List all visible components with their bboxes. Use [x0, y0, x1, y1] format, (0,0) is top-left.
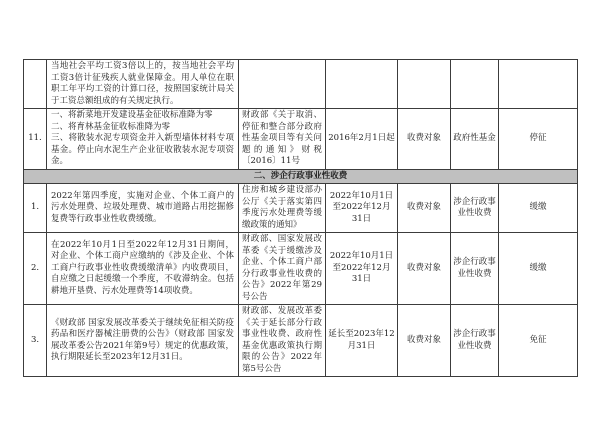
policy-description-cell: 2022年第四季度，实施对企业、个体工商户的污水处理费、垃圾处理费、城市道路占用…: [47, 184, 239, 233]
fee-target-cell: 收费对象: [398, 305, 451, 377]
document-basis-cell: 财政部、国家发展改革委《关于缓缴涉及企业、个体工商户部分行政事业性收费的公告》2…: [239, 233, 326, 305]
effective-date-cell: 2022年10月1日至2022年12月31日: [326, 184, 398, 233]
effective-date-cell: 延长至2023年12月31日: [326, 305, 398, 377]
fee-target-cell: 收费对象: [398, 184, 451, 233]
table-row-11: 11. 一、将新菜地开发建设基金征收标准降为零 二、将育林基金征收标准降为零 三…: [24, 109, 578, 170]
policy-description-cell: 在2022年10月1日至2022年12月31日期间，对企业、个体工商户应缴纳的《…: [47, 233, 239, 305]
policy-description-cell: 一、将新菜地开发建设基金征收标准降为零 二、将育林基金征收标准降为零 三、将散装…: [47, 109, 239, 170]
table-row-3: 3. 《财政部 国家发展改革委关于继续免征相关防疫药品和医疗器械注册费的公告》（…: [24, 305, 578, 377]
fee-target-cell: 收费对象: [398, 109, 451, 170]
row-number-cell: 3.: [24, 305, 47, 377]
action-cell: [499, 60, 578, 109]
table-row-1: 1. 2022年第四季度，实施对企业、个体工商户的污水处理费、垃圾处理费、城市道…: [24, 184, 578, 233]
fee-target-cell: 收费对象: [398, 233, 451, 305]
row-number-cell: 11.: [24, 109, 47, 170]
fee-policy-table: 当地社会平均工资3倍以上的，按当地社会平均工资3倍计征残疾人就业保障金。用人单位…: [23, 59, 578, 377]
action-cell: 免征: [499, 305, 578, 377]
action-cell: 缓缴: [499, 184, 578, 233]
section-header-row: 二、涉企行政事业性收费: [24, 169, 578, 184]
table-row-continuation: 当地社会平均工资3倍以上的，按当地社会平均工资3倍计征残疾人就业保障金。用人单位…: [24, 60, 578, 109]
row-number-cell: 1.: [24, 184, 47, 233]
document-basis-cell: 财政部《关于取消、停征和整合部分政府性基金项目等有关问题的通知》财税〔2016〕…: [239, 109, 326, 170]
document-page: 当地社会平均工资3倍以上的，按当地社会平均工资3倍计征残疾人就业保障金。用人单位…: [0, 0, 600, 424]
policy-description-cell: 当地社会平均工资3倍以上的，按当地社会平均工资3倍计征残疾人就业保障金。用人单位…: [47, 60, 239, 109]
table-row-2: 2. 在2022年10月1日至2022年12月31日期间，对企业、个体工商户应缴…: [24, 233, 578, 305]
fee-category-cell: 政府性基金: [451, 109, 499, 170]
fee-category-cell: 涉企行政事业性收费: [451, 233, 499, 305]
document-basis-cell: 财政部、发展改革委《关于延长部分行政事业性收费、政府性基金优惠政策执行期限的公告…: [239, 305, 326, 377]
row-number-cell: [24, 60, 47, 109]
action-cell: 停征: [499, 109, 578, 170]
row-number-cell: 2.: [24, 233, 47, 305]
fee-category-cell: [451, 60, 499, 109]
fee-category-cell: 涉企行政事业性收费: [451, 305, 499, 377]
fee-target-cell: [398, 60, 451, 109]
effective-date-cell: 2022年10月1日至2022年12月31日: [326, 233, 398, 305]
fee-category-cell: 涉企行政事业性收费: [451, 184, 499, 233]
effective-date-cell: [326, 60, 398, 109]
effective-date-cell: 2016年2月1日起: [326, 109, 398, 170]
action-cell: 缓缴: [499, 233, 578, 305]
document-basis-cell: 住房和城乡建设部办公厅《关于落实第四季度污水处理费等缓缴政策的通知》: [239, 184, 326, 233]
section-title: 二、涉企行政事业性收费: [24, 169, 578, 184]
policy-description-cell: 《财政部 国家发展改革委关于继续免征相关防疫药品和医疗器械注册费的公告》（财政部…: [47, 305, 239, 377]
document-basis-cell: [239, 60, 326, 109]
